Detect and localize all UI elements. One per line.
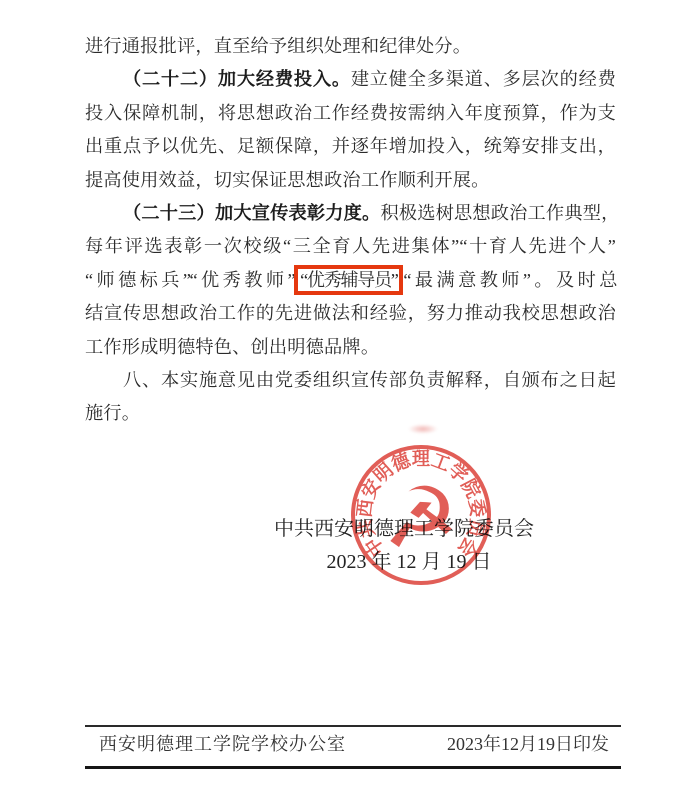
body-text-segment: 建立健全多渠道、多层次的经费 [351, 69, 616, 89]
text-line: 施行。 [85, 397, 616, 430]
body-text-segment: 提高使用效益，切实保证思想政治工作顺利开展。 [85, 170, 490, 190]
body-text-segment: 施行。 [85, 403, 140, 423]
body-text-segment: 投入保障机制，将思想政治工作经费按需纳入年度预算，作为支 [85, 103, 616, 123]
body-text-segment: 积极选树思想政治工作典型， [380, 203, 619, 223]
body-text-segment: 每年评选表彰一次校级“三全育人先进集体”“十育人先进个人” [85, 236, 616, 256]
text-line: “师德标兵”“优秀教师”“优秀辅导员”“最满意教师”。及时总 [85, 264, 616, 297]
footer-divider-bottom [85, 766, 621, 769]
footer-issuing-office: 西安明德理工学院学校办公室 [99, 733, 346, 755]
body-text-segment: 出重点予以优先、足额保障，并逐年增加投入，统筹安排支出， [85, 136, 616, 156]
text-line: 提高使用效益，切实保证思想政治工作顺利开展。 [85, 164, 616, 197]
text-line: （二十三）加大宣传表彰力度。积极选树思想政治工作典型， [85, 197, 616, 230]
text-line: 投入保障机制，将思想政治工作经费按需纳入年度预算，作为支 [85, 97, 616, 130]
body-text-segment: “最满意教师”。及时总 [403, 270, 616, 290]
text-line: 出重点予以优先、足额保障，并逐年增加投入，统筹安排支出， [85, 130, 616, 163]
body-text-segment: 进行通报批评，直至给予组织处理和纪律处分。 [85, 36, 471, 56]
text-line: 每年评选表彰一次校级“三全育人先进集体”“十育人先进个人” [85, 230, 616, 263]
text-line: 进行通报批评，直至给予组织处理和纪律处分。 [85, 30, 616, 63]
body-text-segment: 工作形成明德特色、创出明德品牌。 [85, 337, 379, 357]
hammer-sickle-icon: ☭ [383, 469, 458, 567]
section-heading-22: （二十二）加大经费投入。 [123, 69, 351, 89]
body-text-segment: “师德标兵”“优秀教师” [85, 270, 294, 290]
footer-divider-top [85, 725, 621, 727]
footer-print-date: 2023年12月19日印发 [447, 733, 609, 755]
official-seal: 中共西安明德理工学院委员会 ☭ [336, 430, 506, 600]
body-text-segment: 结宣传思想政治工作的先进做法和经验，努力推动我校思想政治 [85, 303, 616, 323]
highlight-box-excellent-counselor: “优秀辅导员” [294, 265, 403, 295]
text-line: 结宣传思想政治工作的先进做法和经验，努力推动我校思想政治 [85, 297, 616, 330]
section-heading-23: （二十三）加大宣传表彰力度。 [123, 203, 380, 223]
document-page: 进行通报批评，直至给予组织处理和纪律处分。 （二十二）加大经费投入。建立健全多渠… [0, 0, 697, 796]
document-body: 进行通报批评，直至给予组织处理和纪律处分。 （二十二）加大经费投入。建立健全多渠… [85, 30, 616, 431]
body-text-segment: 八、本实施意见由党委组织宣传部负责解释，自颁布之日起 [123, 370, 616, 390]
text-line: 工作形成明德特色、创出明德品牌。 [85, 331, 616, 364]
text-line: 八、本实施意见由党委组织宣传部负责解释，自颁布之日起 [85, 364, 616, 397]
text-line: （二十二）加大经费投入。建立健全多渠道、多层次的经费 [85, 63, 616, 96]
